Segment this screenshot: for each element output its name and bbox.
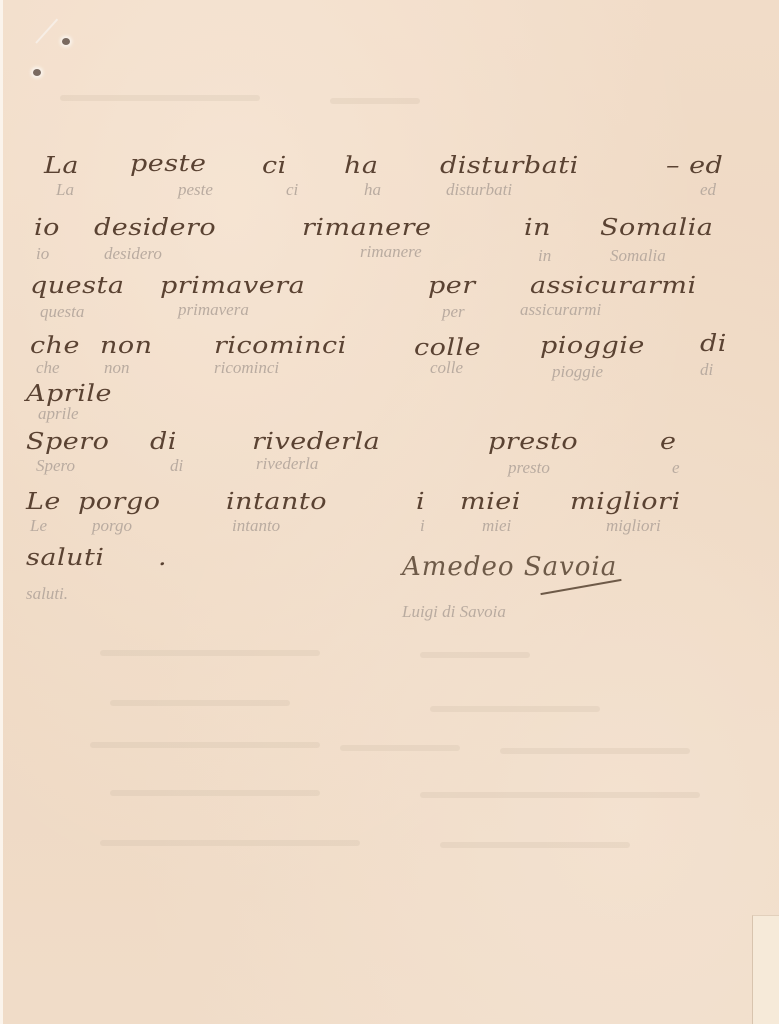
ink-word: non: [100, 333, 153, 359]
bleed-through: [440, 842, 630, 848]
ink-word: migliori: [570, 489, 681, 515]
ink-word: miei: [460, 489, 521, 515]
transcription-word: non: [104, 358, 130, 378]
ink-word: disturbati: [440, 153, 579, 179]
bleed-through: [430, 706, 600, 712]
ink-word: porgo: [78, 489, 161, 515]
transcription-word: intanto: [232, 516, 280, 536]
ink-word: rimanere: [302, 215, 432, 241]
transcription-word: e: [672, 458, 680, 478]
ink-word: che: [30, 333, 80, 359]
ink-word: La: [44, 153, 79, 179]
transcription-word: desidero: [104, 244, 162, 264]
transcription-word: io: [36, 244, 49, 264]
transcription-word: ci: [286, 180, 298, 200]
transcription-word: Somalia: [610, 246, 666, 266]
transcription-word: colle: [430, 358, 463, 378]
bleed-through: [100, 650, 320, 656]
transcription-word: migliori: [606, 516, 661, 536]
ink-word: peste: [130, 151, 206, 177]
transcription-word: presto: [508, 458, 550, 478]
transcription-word: ed: [700, 180, 716, 200]
attached-paper-strip: [752, 915, 779, 1024]
transcription-word: per: [442, 302, 465, 322]
transcription-word: ricominci: [214, 358, 279, 378]
bleed-through: [330, 98, 420, 104]
bleed-through: [100, 840, 360, 846]
ink-word: primavera: [160, 273, 305, 299]
signature-transcription: Luigi di Savoia: [402, 602, 506, 622]
ink-word: presto: [488, 429, 578, 455]
transcription-word: saluti.: [26, 584, 68, 604]
transcription-word: primavera: [178, 300, 249, 320]
bleed-through: [340, 745, 460, 751]
bleed-through: [500, 748, 690, 754]
letter-page: La peste ci ha disturbati – ed La peste …: [0, 0, 779, 1024]
ink-word: questa: [30, 273, 124, 299]
transcription-word: in: [538, 246, 551, 266]
paper-edge: [0, 0, 3, 1024]
transcription-word: che: [36, 358, 60, 378]
transcription-word: assicurarmi: [520, 300, 601, 320]
ink-word: e: [660, 429, 676, 455]
bleed-through: [110, 790, 320, 796]
transcription-word: aprile: [38, 404, 79, 424]
ink-word: Spero: [26, 429, 109, 455]
ink-word: io: [34, 215, 60, 241]
ink-word: ha: [344, 153, 379, 179]
ink-word: ci: [262, 153, 287, 179]
bleed-through: [60, 95, 260, 101]
ink-word: per: [428, 273, 476, 299]
ink-word: assicurarmi: [530, 273, 697, 299]
punch-hole: [33, 69, 41, 76]
transcription-word: peste: [178, 180, 213, 200]
ink-word: di: [150, 429, 177, 455]
transcription-word: disturbati: [446, 180, 512, 200]
transcription-word: porgo: [92, 516, 132, 536]
ink-word: – ed: [666, 153, 723, 179]
transcription-word: Spero: [36, 456, 75, 476]
ink-word: .: [158, 545, 167, 571]
transcription-word: di: [700, 360, 713, 380]
ink-word: Le: [26, 489, 61, 515]
transcription-word: questa: [40, 302, 84, 322]
fold-mark: [35, 19, 58, 44]
ink-word: saluti: [26, 545, 104, 571]
bleed-through: [420, 792, 700, 798]
signature-ink: Amedeo Savoia: [402, 552, 617, 582]
ink-word: ricominci: [214, 333, 347, 359]
ink-word: pioggie: [540, 333, 645, 359]
transcription-word: ha: [364, 180, 381, 200]
transcription-word: miei: [482, 516, 511, 536]
bleed-through: [110, 700, 290, 706]
bleed-through: [90, 742, 320, 748]
ink-word: i: [416, 489, 425, 515]
ink-word: Somalia: [600, 215, 713, 241]
transcription-word: pioggie: [552, 362, 603, 382]
transcription-word: rimanere: [360, 242, 422, 262]
transcription-word: di: [170, 456, 183, 476]
ink-word: di: [700, 331, 727, 357]
ink-word: rivederla: [252, 429, 380, 455]
ink-word: desidero: [94, 215, 216, 241]
ink-word: intanto: [226, 489, 327, 515]
transcription-word: rivederla: [256, 454, 318, 474]
transcription-word: Le: [30, 516, 47, 536]
transcription-word: La: [56, 180, 74, 200]
bleed-through: [420, 652, 530, 658]
punch-hole: [62, 38, 70, 45]
ink-word: in: [524, 215, 551, 241]
transcription-word: i: [420, 516, 425, 536]
